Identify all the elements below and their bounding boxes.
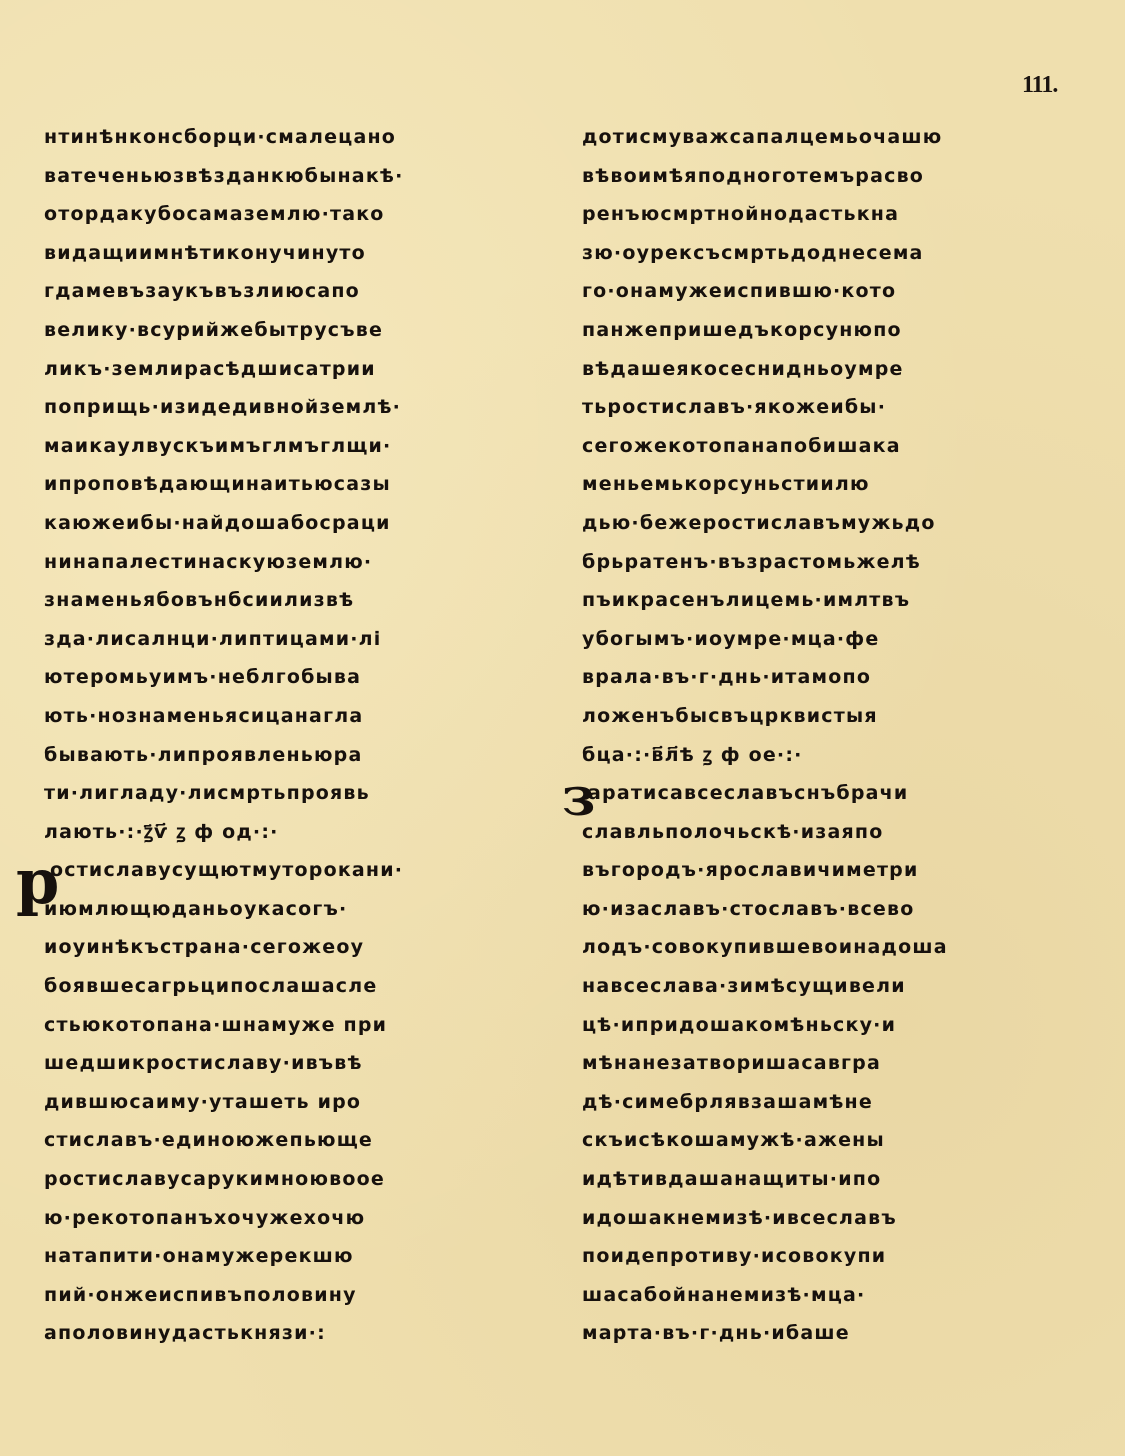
line-text: дотисмуважсапалцемьочашю <box>582 126 942 148</box>
text-line: сегожекотопанапобишака <box>582 427 1082 466</box>
line-text: вѣвоимѣяподноготемърасво <box>582 165 924 187</box>
line-text: въгородъ·ярославичиметри <box>582 859 918 881</box>
line-text: врала·въ·г·днь·итамопо <box>582 666 871 688</box>
text-line: панжепришедъкорсунюпо <box>582 311 1082 350</box>
text-line: знаменьябовънбсиилизвѣ <box>44 581 544 620</box>
page-number: 111. <box>1022 72 1057 99</box>
text-line: меньемькорсуньстиилю <box>582 465 1082 504</box>
text-line: ютеромьуимъ·неблгобыва <box>44 658 544 697</box>
line-text: меньемькорсуньстиилю <box>582 473 870 495</box>
line-text: идѣтивдашанащиты·ипо <box>582 1168 881 1190</box>
line-text: дью·бежеростиславъмужьдо <box>582 512 936 534</box>
line-text: аратисавсеславъснъбрачи <box>588 782 908 804</box>
text-line: дотисмуважсапалцемьочашю <box>582 118 1082 157</box>
text-line: ликъ·землирасѣдшисатрии <box>44 350 544 389</box>
line-text: боявшесагрьципослашасле <box>44 975 377 997</box>
text-line: ростиславусарукимноювоое <box>44 1160 544 1199</box>
text-line: ю·рекотопанъхочужехочю <box>44 1199 544 1238</box>
line-text: стьюкотопана·шнамуже при <box>44 1014 387 1036</box>
text-line: навсеслава·зимѣсущивели <box>582 967 1082 1006</box>
line-text: видащиимнѣтиконучинуто <box>44 242 366 264</box>
text-line: брьратенъ·възрастомьжелѣ <box>582 543 1082 582</box>
line-text: зю·оурексъсмртьдоднесема <box>582 242 924 264</box>
line-text: мѣнанезатворишасавгра <box>582 1052 881 1074</box>
line-text: шасабойнанемизѣ·мца· <box>582 1284 865 1306</box>
line-text: зда·лисалнци·липтицами·лі <box>44 628 381 650</box>
line-text: вѣдашеякосеснидньоумре <box>582 358 904 380</box>
text-line: шасабойнанемизѣ·мца· <box>582 1276 1082 1315</box>
line-text: пъикрасенълицемь·имлтвъ <box>582 589 910 611</box>
line-text: марта·въ·г·днь·ибаше <box>582 1322 850 1344</box>
text-line: идѣтивдашанащиты·ипо <box>582 1160 1082 1199</box>
line-text: стиславъ·единоюжепьюще <box>44 1129 373 1151</box>
line-text: аполовинудастькнязи·: <box>44 1322 326 1344</box>
line-text: натапити·онамужерекшю <box>44 1245 354 1267</box>
text-line: вѣдашеякосеснидньоумре <box>582 350 1082 389</box>
line-text: каюжеибы·найдошабосраци <box>44 512 391 534</box>
line-text: ликъ·землирасѣдшисатрии <box>44 358 376 380</box>
line-text: ложенъбысвъцрквистыя <box>582 705 878 727</box>
text-line: стьюкотопана·шнамуже при <box>44 1006 544 1045</box>
line-text: идошакнемизѣ·ивсеславъ <box>582 1207 897 1229</box>
text-line: врала·въ·г·днь·итамопо <box>582 658 1082 697</box>
line-text: брьратенъ·възрастомьжелѣ <box>582 551 921 573</box>
text-line: Ростиславусущютмуторокани· <box>44 851 544 890</box>
line-text: дившюсаиму·уташеть иро <box>44 1091 361 1113</box>
line-text: отордакубосамаземлю·тако <box>44 203 385 225</box>
line-text: поидепротиву·исовокупи <box>582 1245 886 1267</box>
text-line: поидепротиву·исовокупи <box>582 1237 1082 1276</box>
text-line: пъикрасенълицемь·имлтвъ <box>582 581 1082 620</box>
line-text: маикаулвускъимъглмъглщи· <box>44 435 391 457</box>
line-text: лають·:·ꙁ҃ѵ҃ ꙁ ф од·:· <box>44 821 279 843</box>
line-text: убогымъ·иоумре·мца·фе <box>582 628 879 650</box>
line-text: го·онамужеиспившю·кото <box>582 280 896 302</box>
line-text: знаменьябовънбсиилизвѣ <box>44 589 354 611</box>
line-text: ренъюсмртнойнодастькна <box>582 203 899 225</box>
text-line: боявшесагрьципослашасле <box>44 967 544 1006</box>
line-text: велику·всурийжебытрусъве <box>44 319 383 341</box>
text-line: бца·:·в҃л҃ѣ ꙁ ф ое·:· <box>582 736 1082 775</box>
text-line: мѣнанезатворишасавгра <box>582 1044 1082 1083</box>
text-line: поприщь·изидедивнойземлѣ· <box>44 388 544 427</box>
line-text: сегожекотопанапобишака <box>582 435 901 457</box>
line-text: тьростиславъ·якожеибы· <box>582 396 886 418</box>
line-text: цѣ·ипридошакомѣньску·и <box>582 1014 896 1036</box>
text-line: скъисѣкошамужѣ·ажены <box>582 1121 1082 1160</box>
text-line: натапити·онамужерекшю <box>44 1237 544 1276</box>
text-line: въгородъ·ярославичиметри <box>582 851 1082 890</box>
text-line: велику·всурийжебытрусъве <box>44 311 544 350</box>
text-line: нинапалестинаскуюземлю· <box>44 543 544 582</box>
text-line: стиславъ·единоюжепьюще <box>44 1121 544 1160</box>
line-text: ипроповѣдающинаитьюсазы <box>44 473 391 495</box>
text-line: пий·онжеиспивъполовину <box>44 1276 544 1315</box>
line-text: скъисѣкошамужѣ·ажены <box>582 1129 885 1151</box>
line-text: ю·рекотопанъхочужехочю <box>44 1207 365 1229</box>
text-line: марта·въ·г·днь·ибаше <box>582 1314 1082 1353</box>
line-text: нинапалестинаскуюземлю· <box>44 551 372 573</box>
line-text: славльполочьскѣ·изаяпо <box>582 821 883 843</box>
text-line: ють·нознаменьясицанагла <box>44 697 544 736</box>
line-text: иоуинѣкъстрана·сегожеоу <box>44 936 364 958</box>
line-text: ють·нознаменьясицанагла <box>44 705 363 727</box>
text-line: тьростиславъ·якожеибы· <box>582 388 1082 427</box>
right-column: дотисмуважсапалцемьочашювѣвоимѣяподногот… <box>582 118 1082 1353</box>
line-text: ростиславусарукимноювоое <box>44 1168 385 1190</box>
text-line: лодъ·совокупившевоинадоша <box>582 928 1082 967</box>
text-line: иоуинѣкъстрана·сегожеоу <box>44 928 544 967</box>
text-line: убогымъ·иоумре·мца·фе <box>582 620 1082 659</box>
text-line: отордакубосамаземлю·тако <box>44 195 544 234</box>
text-line: го·онамужеиспившю·кото <box>582 272 1082 311</box>
text-line: июмлющюданьоукасогъ· <box>44 890 544 929</box>
text-line: маикаулвускъимъглмъглщи· <box>44 427 544 466</box>
line-text: нтинѣнконсборци·смалецано <box>44 126 396 148</box>
line-text: шедшикростиславу·ивъвѣ <box>44 1052 363 1074</box>
text-line: ипроповѣдающинаитьюсазы <box>44 465 544 504</box>
text-line: вѣвоимѣяподноготемърасво <box>582 157 1082 196</box>
text-line: ти·лигладу·лисмртьпроявь <box>44 774 544 813</box>
text-line: зда·лисалнци·липтицами·лі <box>44 620 544 659</box>
line-text: дѣ·симебрлявзашамѣне <box>582 1091 873 1113</box>
text-line: зю·оурексъсмртьдоднесема <box>582 234 1082 273</box>
text-line: бывають·липроявленьюра <box>44 736 544 775</box>
line-text: июмлющюданьоукасогъ· <box>44 898 347 920</box>
text-line: нтинѣнконсборци·смалецано <box>44 118 544 157</box>
left-column: нтинѣнконсборци·смалецановатеченьюзвѣзда… <box>44 118 544 1353</box>
text-line: аполовинудастькнязи·: <box>44 1314 544 1353</box>
text-line: лають·:·ꙁ҃ѵ҃ ꙁ ф од·:· <box>44 813 544 852</box>
text-line: дѣ·симебрлявзашамѣне <box>582 1083 1082 1122</box>
line-text: панжепришедъкорсунюпо <box>582 319 902 341</box>
line-text: навсеслава·зимѣсущивели <box>582 975 906 997</box>
line-text: бца·:·в҃л҃ѣ ꙁ ф ое·:· <box>582 744 803 766</box>
line-text: пий·онжеиспивъполовину <box>44 1284 357 1306</box>
text-line: гдамевъзаукъвъзлиюсапо <box>44 272 544 311</box>
text-line: ватеченьюзвѣзданкюбынакѣ· <box>44 157 544 196</box>
line-text: бывають·липроявленьюра <box>44 744 362 766</box>
line-text: гдамевъзаукъвъзлиюсапо <box>44 280 360 302</box>
text-line: славльполочьскѣ·изаяпо <box>582 813 1082 852</box>
text-line: ю·изаславъ·стославъ·всево <box>582 890 1082 929</box>
line-text: ти·лигладу·лисмртьпроявь <box>44 782 370 804</box>
line-text: лодъ·совокупившевоинадоша <box>582 936 948 958</box>
text-line: Заратисавсеславъснъбрачи <box>582 774 1082 813</box>
text-line: видащиимнѣтиконучинуто <box>44 234 544 273</box>
text-line: каюжеибы·найдошабосраци <box>44 504 544 543</box>
text-line: дившюсаиму·уташеть иро <box>44 1083 544 1122</box>
text-line: цѣ·ипридошакомѣньску·и <box>582 1006 1082 1045</box>
text-line: ренъюсмртнойнодастькна <box>582 195 1082 234</box>
line-text: ютеромьуимъ·неблгобыва <box>44 666 361 688</box>
line-text: поприщь·изидедивнойземлѣ· <box>44 396 401 418</box>
line-text: ватеченьюзвѣзданкюбынакѣ· <box>44 165 404 187</box>
text-line: дью·бежеростиславъмужьдо <box>582 504 1082 543</box>
text-line: шедшикростиславу·ивъвѣ <box>44 1044 544 1083</box>
text-line: ложенъбысвъцрквистыя <box>582 697 1082 736</box>
text-line: идошакнемизѣ·ивсеславъ <box>582 1199 1082 1238</box>
line-text: остиславусущютмуторокани· <box>50 859 403 881</box>
line-text: ю·изаславъ·стославъ·всево <box>582 898 914 920</box>
